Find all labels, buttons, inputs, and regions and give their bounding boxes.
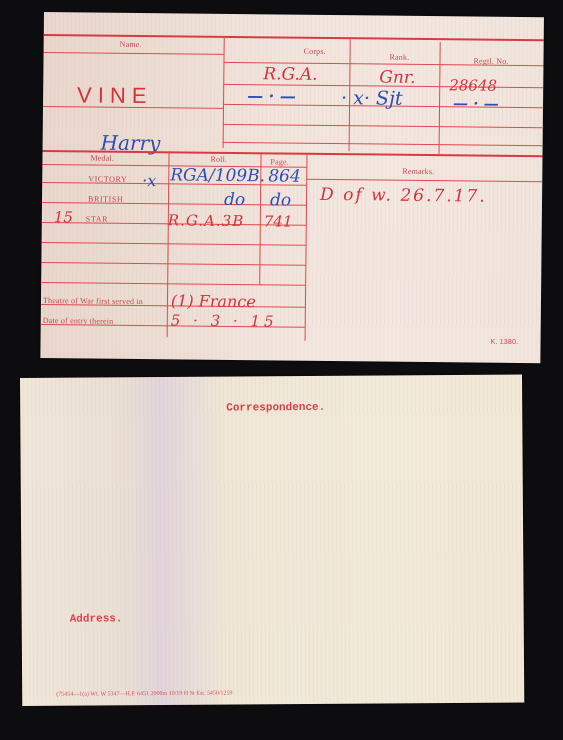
rank-entry-2: · x· Sjt [341,87,403,110]
divider [42,202,306,206]
divider [223,36,225,148]
victory-mark: ·x [142,171,156,190]
printer-imprint: (75454—1(a) Wt. W 5347—H.P. 6451 2000m 1… [56,691,232,698]
medal-british-label: BRITISH [88,194,123,203]
star-page: 741 [264,212,293,230]
address-label: Address. [70,613,123,625]
star-prefix: 15 [54,208,73,226]
theatre-label: Theatre of War first served in [43,296,143,306]
form-code: K. 1380. [491,339,519,346]
entry-date-label: Date of entry therein [43,316,114,326]
roll-header: Roll. [210,155,227,164]
remarks-header: Remarks. [402,167,434,176]
regtl-no-entry-1: 28648 [449,76,497,94]
rank-entry-1: Gnr. [379,68,415,88]
rank-header: Rank. [389,53,409,62]
medal-header: Medal. [90,153,114,162]
name-header: Name. [120,40,142,49]
surname-entry: VINE [77,82,153,109]
divider [42,242,306,246]
british-page: do [270,190,291,210]
correspondence-label: Correspondence. [226,402,325,415]
victory-page: 864 [268,166,301,186]
divider [306,179,542,182]
star-roll: R.G.A.3B [168,211,245,230]
british-roll: do [224,190,245,210]
divider [41,262,305,266]
page-header: Page. [270,157,289,166]
victory-roll: RGA/109B. [170,165,265,186]
theatre-entry: (1) France [171,291,256,311]
remarks-entry: D of w. 26.7.17. [320,185,487,207]
medal-card-front: Name. Corps. Rank. Regtl. No. VINE Harry… [40,12,544,363]
medal-victory-label: VICTORY [88,174,127,183]
regtl-no-entry-2: — · — [453,94,499,112]
divider [439,42,441,154]
corps-header: Corps. [304,47,326,56]
medal-star-label: STAR [86,214,108,223]
corps-entry-2: — · — [247,86,296,106]
divider [223,142,543,146]
corps-entry-1: R.G.A. [263,64,317,85]
divider [44,52,224,55]
divider [305,155,308,341]
medal-card-back: Correspondence. Address. (75454—1(a) Wt.… [20,374,524,705]
divider [223,124,543,128]
divider [41,282,305,286]
entry-date: 5 · 3 · 15 [171,311,278,330]
